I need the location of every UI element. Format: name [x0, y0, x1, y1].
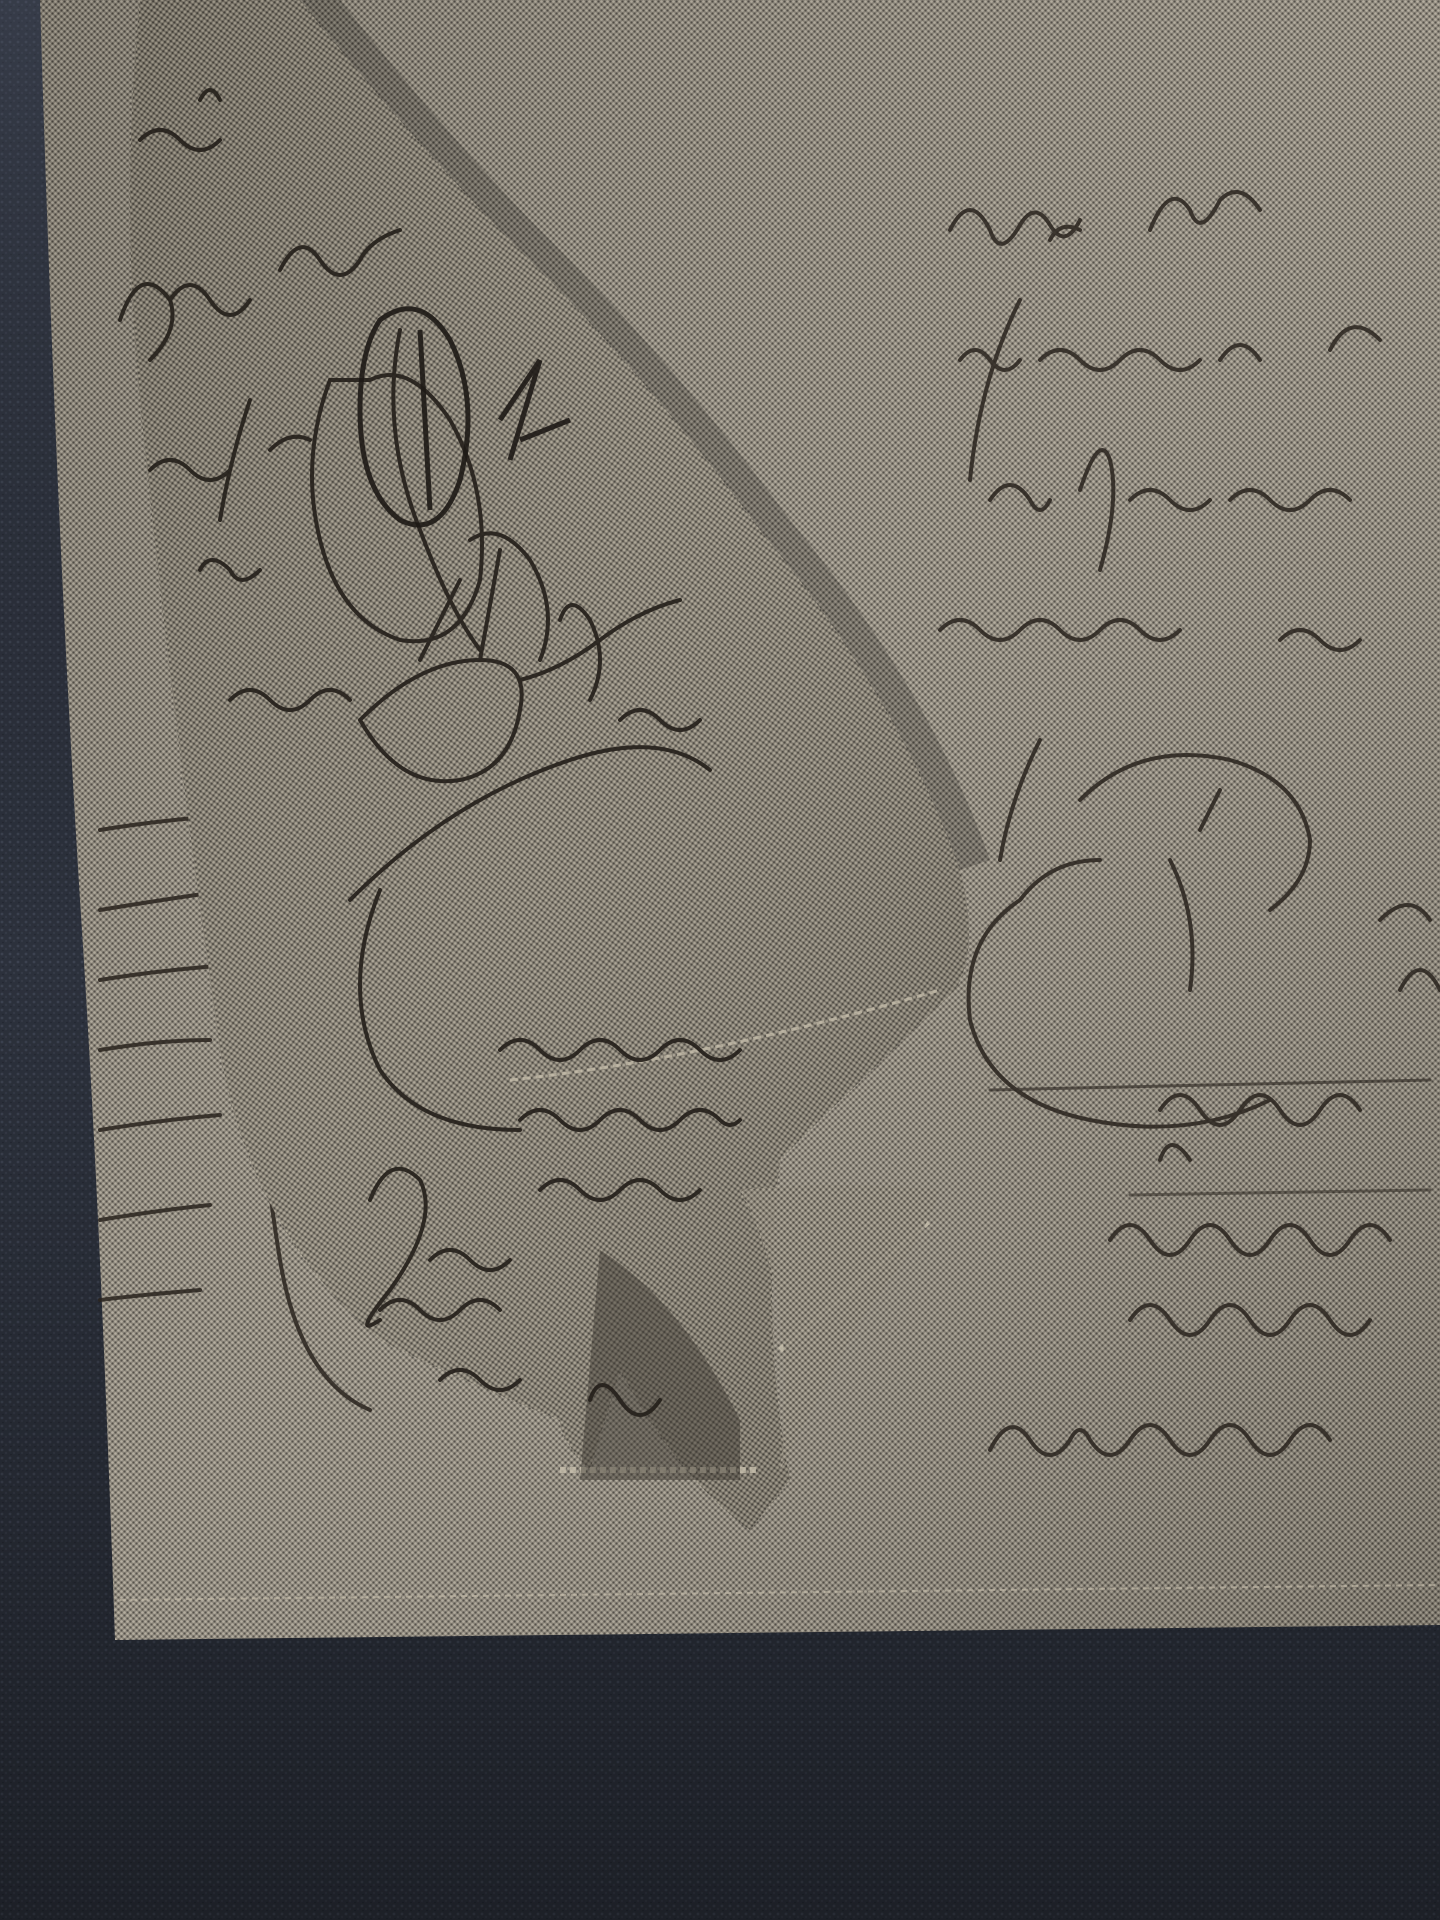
photo-scene: [0, 0, 1440, 1920]
photo-canvas: [0, 0, 1440, 1920]
